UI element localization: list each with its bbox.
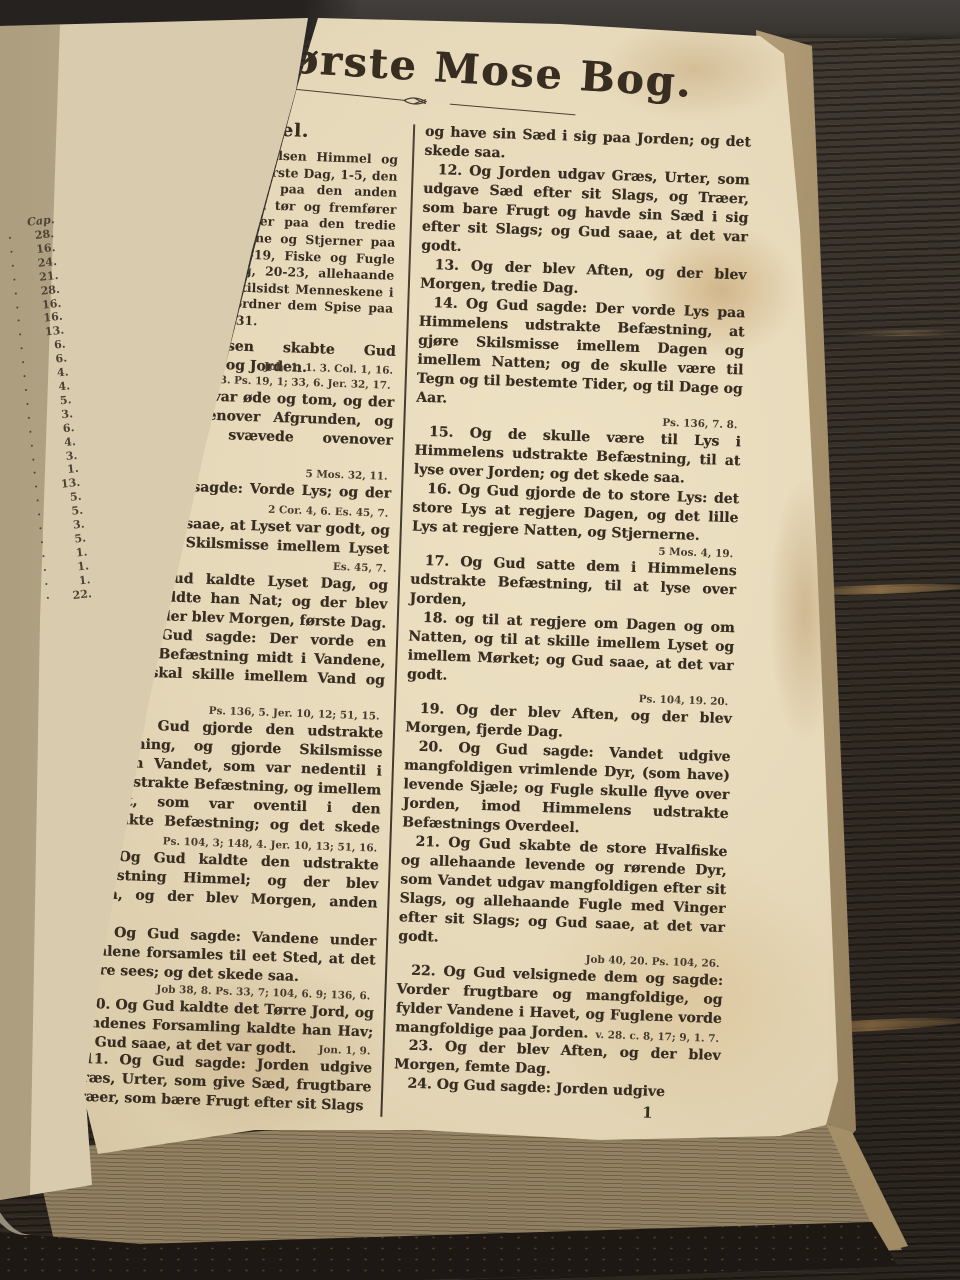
chapter-number: 6. (53, 338, 66, 353)
dot-leader: · (19, 342, 24, 356)
dot-leader: · (18, 328, 23, 342)
chapter-number: 5. (74, 531, 87, 546)
chapter-number: 5. (69, 490, 82, 505)
dot-leader: · (16, 315, 21, 329)
dot-leader: · (45, 591, 50, 605)
dot-leader: · (10, 259, 15, 273)
dot-leader: · (39, 536, 44, 550)
chapter-number: 3. (61, 407, 74, 422)
dot-leader: · (28, 425, 33, 439)
dot-leader: · (12, 273, 17, 287)
chapter-number: 1. (67, 462, 80, 477)
dot-leader: · (22, 370, 27, 384)
chapter-number: 4. (64, 435, 77, 450)
dot-leader: · (26, 411, 31, 425)
chapter-number: 4. (56, 365, 69, 380)
chapter-number: 5. (71, 504, 84, 519)
dot-leader: · (29, 439, 34, 453)
chapter-number: 5. (59, 393, 72, 408)
dot-leader: · (44, 577, 49, 591)
chapter-number: 22. (72, 587, 92, 603)
dot-leader: · (41, 550, 46, 564)
dot-leader: · (32, 467, 37, 481)
dot-leader: · (7, 232, 12, 246)
chapter-number: 3. (72, 518, 85, 533)
dot-leader: · (15, 301, 20, 315)
dot-leader: · (35, 494, 40, 508)
dot-leader: · (34, 480, 39, 494)
chapter-number: 3. (65, 448, 78, 463)
dot-leader: · (9, 245, 14, 259)
chapter-number: 1. (78, 573, 91, 588)
dot-leader: · (23, 384, 28, 398)
dot-leader: · (42, 563, 47, 577)
chapter-number: 1. (77, 559, 90, 574)
dot-leader: · (38, 522, 43, 536)
chapter-number: 6. (62, 421, 75, 436)
dot-leader: · (25, 397, 30, 411)
chapter-number: 6. (55, 352, 68, 367)
dot-leader: · (31, 453, 36, 467)
book-photo: Cap. ·28.·16.·24.·21.·28.·16.·16.·13.·6.… (0, 0, 960, 1280)
chapter-number: 1. (75, 545, 88, 560)
chapter-number: 4. (58, 379, 71, 394)
dot-leader: · (21, 356, 26, 370)
dot-leader: · (13, 287, 18, 301)
dot-leader: · (37, 508, 42, 522)
